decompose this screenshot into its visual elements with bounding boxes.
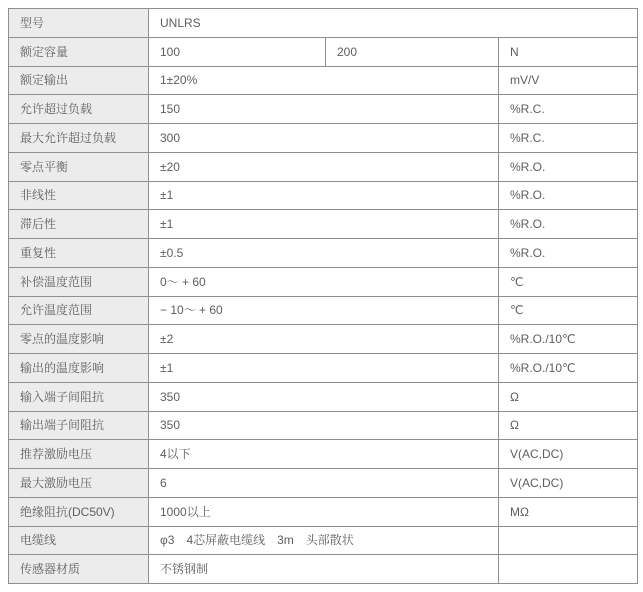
spec-label-cell: 非线性 — [9, 181, 149, 210]
spec-value-cell: 不锈钢制 — [149, 555, 499, 584]
spec-label-cell: 重复性 — [9, 239, 149, 268]
spec-label-cell: 补偿温度范围 — [9, 267, 149, 296]
spec-label-cell: 电缆线 — [9, 526, 149, 555]
spec-value-cell: ±1 — [149, 354, 499, 383]
spec-label-cell: 最大允许超过负载 — [9, 124, 149, 153]
spec-unit-cell: %R.C. — [499, 95, 638, 124]
spec-value-cell: ±1 — [149, 181, 499, 210]
spec-label-cell: 推荐激励电压 — [9, 440, 149, 469]
spec-label-cell: 允许超过负载 — [9, 95, 149, 124]
table-row: 推荐激励电压 4以下 V(AC,DC) — [9, 440, 638, 469]
spec-unit-cell: %R.O. — [499, 239, 638, 268]
table-row: 绝缘阻抗(DC50V) 1000以上 MΩ — [9, 497, 638, 526]
spec-unit-cell: V(AC,DC) — [499, 440, 638, 469]
spec-value-cell: ±2 — [149, 325, 499, 354]
spec-value-cell: 100 — [149, 37, 326, 66]
table-row: 型号 UNLRS — [9, 9, 638, 38]
table-row: 零点平衡 ±20 %R.O. — [9, 152, 638, 181]
table-row: 输入端子间阻抗 350 Ω — [9, 382, 638, 411]
spec-label-cell: 额定输出 — [9, 66, 149, 95]
spec-value-cell: ±1 — [149, 210, 499, 239]
spec-label-cell: 滞后性 — [9, 210, 149, 239]
spec-unit-cell — [499, 526, 638, 555]
table-row: 允许温度范围 − 10～ + 60 ℃ — [9, 296, 638, 325]
spec-label-cell: 额定容量 — [9, 37, 149, 66]
spec-value-cell: 350 — [149, 382, 499, 411]
table-row: 滞后性 ±1 %R.O. — [9, 210, 638, 239]
spec-label-cell: 型号 — [9, 9, 149, 38]
table-row: 传感器材质 不锈钢制 — [9, 555, 638, 584]
table-row: 额定容量 100 200 N — [9, 37, 638, 66]
table-row: 电缆线 φ3 4芯屏蔽电缆线 3m 头部散状 — [9, 526, 638, 555]
spec-unit-cell: ℃ — [499, 296, 638, 325]
spec-value-cell: 350 — [149, 411, 499, 440]
spec-label-cell: 输出的温度影响 — [9, 354, 149, 383]
spec-label-cell: 传感器材质 — [9, 555, 149, 584]
table-row: 额定输出 1±20% mV/V — [9, 66, 638, 95]
spec-table: 型号 UNLRS 额定容量 100 200 N 额定输出 1±20% mV/V … — [8, 8, 638, 584]
spec-unit-cell: %R.C. — [499, 124, 638, 153]
table-row: 最大允许超过负载 300 %R.C. — [9, 124, 638, 153]
spec-value-cell: 1000以上 — [149, 497, 499, 526]
spec-unit-cell: Ω — [499, 382, 638, 411]
spec-value-cell: − 10～ + 60 — [149, 296, 499, 325]
spec-unit-cell: %R.O. — [499, 210, 638, 239]
spec-unit-cell: V(AC,DC) — [499, 469, 638, 498]
spec-value-cell: UNLRS — [149, 9, 638, 38]
spec-value-cell: 4以下 — [149, 440, 499, 469]
table-row: 重复性 ±0.5 %R.O. — [9, 239, 638, 268]
table-row: 最大激励电压 6 V(AC,DC) — [9, 469, 638, 498]
spec-unit-cell: %R.O. — [499, 152, 638, 181]
spec-unit-cell — [499, 555, 638, 584]
spec-label-cell: 最大激励电压 — [9, 469, 149, 498]
table-row: 零点的温度影响 ±2 %R.O./10℃ — [9, 325, 638, 354]
spec-unit-cell: ℃ — [499, 267, 638, 296]
spec-label-cell: 零点的温度影响 — [9, 325, 149, 354]
spec-value-cell: ±20 — [149, 152, 499, 181]
spec-value-cell: 1±20% — [149, 66, 499, 95]
spec-value-cell: φ3 4芯屏蔽电缆线 3m 头部散状 — [149, 526, 499, 555]
spec-unit-cell: %R.O./10℃ — [499, 354, 638, 383]
spec-value-cell: 200 — [326, 37, 499, 66]
spec-value-cell: 0～ + 60 — [149, 267, 499, 296]
spec-value-cell: 150 — [149, 95, 499, 124]
spec-label-cell: 绝缘阻抗(DC50V) — [9, 497, 149, 526]
spec-unit-cell: Ω — [499, 411, 638, 440]
table-row: 补偿温度范围 0～ + 60 ℃ — [9, 267, 638, 296]
spec-label-cell: 零点平衡 — [9, 152, 149, 181]
spec-unit-cell: %R.O. — [499, 181, 638, 210]
spec-label-cell: 输入端子间阻抗 — [9, 382, 149, 411]
table-row: 允许超过负载 150 %R.C. — [9, 95, 638, 124]
spec-label-cell: 允许温度范围 — [9, 296, 149, 325]
spec-value-cell: 300 — [149, 124, 499, 153]
table-row: 输出端子间阻抗 350 Ω — [9, 411, 638, 440]
spec-unit-cell: mV/V — [499, 66, 638, 95]
spec-unit-cell: N — [499, 37, 638, 66]
spec-unit-cell: %R.O./10℃ — [499, 325, 638, 354]
spec-value-cell: 6 — [149, 469, 499, 498]
page: 型号 UNLRS 额定容量 100 200 N 额定输出 1±20% mV/V … — [0, 0, 643, 592]
spec-label-cell: 输出端子间阻抗 — [9, 411, 149, 440]
spec-value-cell: ±0.5 — [149, 239, 499, 268]
table-row: 非线性 ±1 %R.O. — [9, 181, 638, 210]
spec-unit-cell: MΩ — [499, 497, 638, 526]
table-row: 输出的温度影响 ±1 %R.O./10℃ — [9, 354, 638, 383]
